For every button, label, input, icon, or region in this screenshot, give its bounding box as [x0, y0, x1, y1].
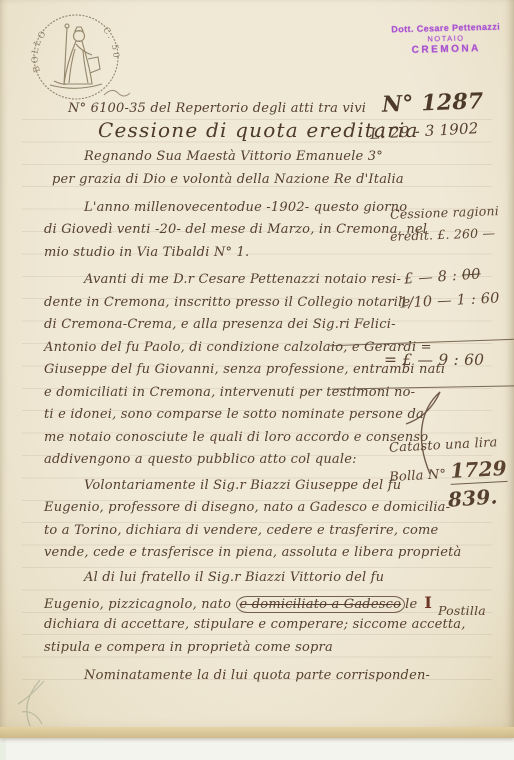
- body-line: stipula e compera in proprietà come sopr…: [44, 640, 333, 655]
- margin-bolla-line: Bolla N° 1729: [388, 456, 507, 486]
- notary-ink-stamp: Dott. Cesare Pettenazzi NOTAIO CREMONA: [391, 22, 502, 57]
- body-line: mio studio in Via Tibaldi N° 1.: [44, 245, 249, 260]
- body-line: Regnando Sua Maestà Vittorio Emanuele 3°: [84, 149, 383, 164]
- body-line: Avanti di me D.r Cesare Pettenazzi notai…: [84, 272, 401, 287]
- body-line: Nominatamente la di lui quota parte corr…: [84, 668, 430, 683]
- postilla-insert-mark: I: [424, 593, 432, 612]
- body-line: di Giovedì venti -20- del mese di Marzo,…: [44, 222, 427, 237]
- body-line: Volontariamente il Sig.r Biazzi Giuseppe…: [84, 478, 401, 493]
- body-line: L'anno millenovecentodue -1902- questo g…: [84, 200, 407, 215]
- margin-total: = £ — 9 : 60: [384, 351, 484, 369]
- tax1-struck-zeros: 00: [461, 266, 481, 283]
- body-line: Antonio del fu Paolo, di condizione calz…: [44, 340, 432, 355]
- body-line: me notaio conosciute le quali di loro ac…: [44, 430, 428, 445]
- stray-ink-mark: [102, 85, 132, 101]
- correction-pre-text: Eugenio, pizzicagnolo, nato: [44, 597, 236, 612]
- bolla-number: 1729: [450, 456, 508, 485]
- faint-corner-scribble: [8, 672, 52, 734]
- body-line: dichiara di accettare, stipulare e compe…: [44, 617, 466, 632]
- body-line-with-correction: Eugenio, pizzicagnolo, nato e domiciliat…: [44, 593, 432, 612]
- struck-text: e domiciliato a Gadesco: [236, 596, 406, 613]
- body-line: di Cremona-Crema, e alla presenza dei Si…: [44, 317, 396, 332]
- body-line: ti e idonei, sono comparse le sotto nomi…: [44, 407, 424, 422]
- body-line: dente in Cremona, inscritto presso il Co…: [44, 295, 410, 310]
- paper-bottom-edge: [0, 727, 514, 738]
- bolla-number-2: 839.: [447, 484, 498, 511]
- repertory-number: N° 6100-35 del Repertorio degli atti tra…: [68, 101, 366, 116]
- body-line: vende, cede e trasferisce in piena, asso…: [44, 545, 462, 560]
- correction-post-text: le: [405, 597, 417, 612]
- body-line: to a Torino, dichiara di vendere, cedere…: [44, 523, 438, 538]
- act-number: N° 1287: [382, 88, 484, 118]
- body-line: Al di lui fratello il Sig.r Biazzi Vitto…: [84, 570, 384, 585]
- body-line: Eugenio, professore di disegno, nato a G…: [44, 500, 450, 515]
- revenue-stamp-right-text: C. 50: [100, 25, 120, 59]
- body-line: per grazia di Dio e volontà della Nazion…: [52, 172, 404, 187]
- bolla-label: Bolla N°: [389, 467, 447, 485]
- scanned-page: BOLLO C. 50 Dott. Cesare Pettenazzi NOTA…: [0, 0, 514, 760]
- revenue-stamp-left-text: BOLLO: [30, 28, 49, 73]
- margin-postilla-note: Postilla: [438, 603, 486, 618]
- body-line: addivengono a questo pubblico atto col q…: [44, 452, 357, 467]
